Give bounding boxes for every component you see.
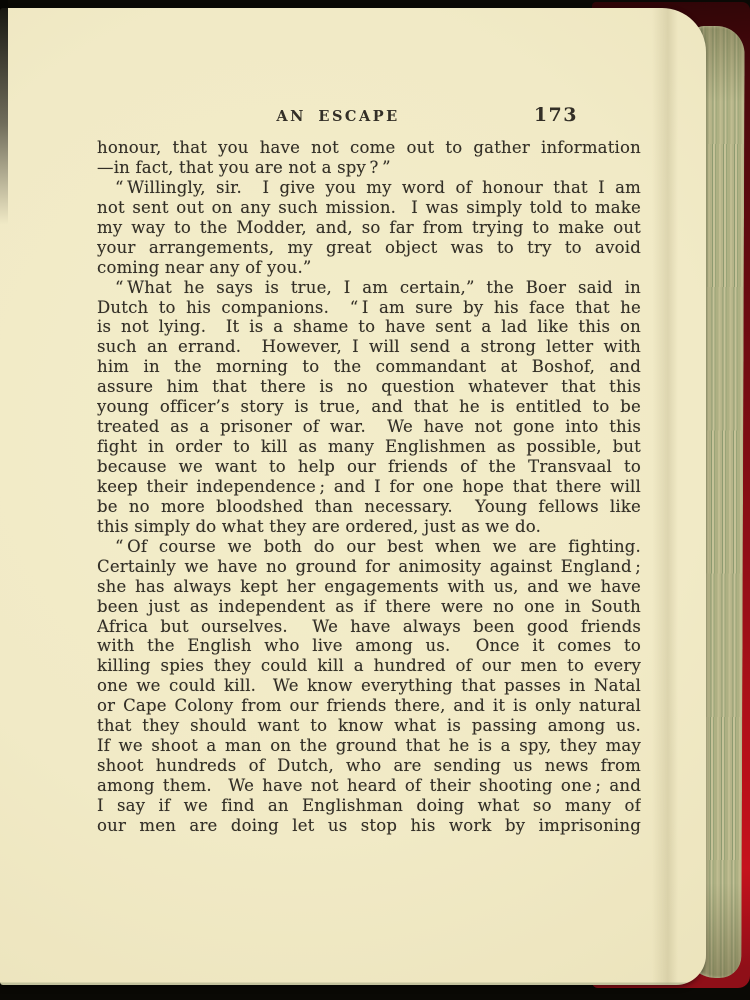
text-line: “ Of course we both do our best when we … [97, 537, 641, 557]
text-line: with the English who live among us. Once… [97, 636, 641, 656]
text-line: fight in order to kill as many Englishme… [97, 437, 641, 457]
text-line: this simply do what they are ordered, ju… [97, 517, 641, 537]
text-line: assure him that there is no question wha… [97, 377, 641, 397]
text-line: honour, that you have not come out to ga… [97, 138, 641, 158]
body-text: honour, that you have not come out to ga… [97, 138, 641, 836]
text-line: our men are doing let us stop his work b… [97, 816, 641, 836]
text-line: because we want to help our friends of t… [97, 457, 641, 477]
text-line: she has always kept her engagements with… [97, 577, 641, 597]
text-line: such an errand. However, I will send a s… [97, 337, 641, 357]
text-line: is not lying. It is a shame to have sent… [97, 317, 641, 337]
text-line: keep their independence ; and I for one … [97, 477, 641, 497]
running-title: AN ESCAPE [276, 108, 399, 125]
text-line: your arrangements, my great object was t… [97, 238, 641, 258]
text-line: Certainly we have no ground for animosit… [97, 557, 641, 577]
text-line: —in fact, that you are not a spy ? ” [97, 158, 641, 178]
page-number: 173 [534, 104, 578, 126]
text-line: Africa but ourselves. We have always bee… [97, 617, 641, 637]
text-line: “ What he says is true, I am certain,” t… [97, 278, 641, 298]
text-line: be no more bloodshed than necessary. You… [97, 497, 641, 517]
text-line: I say if we find an Englishman doing wha… [97, 796, 641, 816]
text-line: him in the morning to the commandant at … [97, 357, 641, 377]
text-line: that they should want to know what is pa… [97, 716, 641, 736]
scanned-book-photo: AN ESCAPE 173 honour, that you have not … [0, 0, 750, 1000]
text-line: not sent out on any such mission. I was … [97, 198, 641, 218]
text-line: shoot hundreds of Dutch, who are sending… [97, 756, 641, 776]
page-header: AN ESCAPE 173 [97, 105, 641, 125]
text-line: one we could kill. We know everything th… [97, 676, 641, 696]
text-line: young officer’s story is true, and that … [97, 397, 641, 417]
book-page: AN ESCAPE 173 honour, that you have not … [0, 8, 706, 985]
photo-edge-shadow [0, 0, 8, 225]
text-line: Dutch to his companions. “ I am sure by … [97, 298, 641, 318]
text-line: killing spies they could kill a hundred … [97, 656, 641, 676]
text-line: my way to the Modder, and, so far from t… [97, 218, 641, 238]
text-line: treated as a prisoner of war. We have no… [97, 417, 641, 437]
text-line: or Cape Colony from our friends there, a… [97, 696, 641, 716]
text-line: been just as independent as if there wer… [97, 597, 641, 617]
text-line: coming near any of you.” [97, 258, 641, 278]
text-line: “ Willingly, sir. I give you my word of … [97, 178, 641, 198]
text-line: If we shoot a man on the ground that he … [97, 736, 641, 756]
text-line: among them. We have not heard of their s… [97, 776, 641, 796]
